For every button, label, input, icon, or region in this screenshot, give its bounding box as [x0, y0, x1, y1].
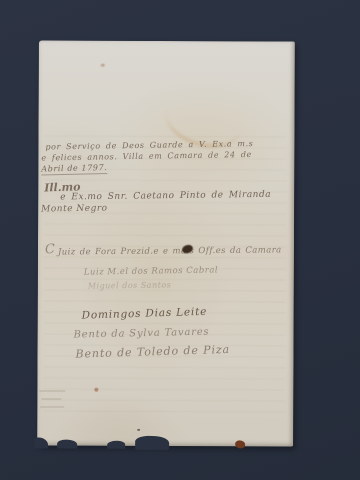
photo-backdrop: por Serviço de Deos Guarde a V. Ex.a m.s…	[0, 0, 360, 480]
address-line-1: e Ex.mo Snr. Caetano Pinto de Miranda	[60, 190, 271, 203]
closing-line-3-date: Abril de 1797.	[41, 163, 107, 175]
signature-cabral: Luiz M.el dos Ramos Cabral	[84, 265, 218, 277]
council-paraph-rubric: C	[44, 242, 55, 258]
pencil-mark	[41, 398, 61, 399]
pencil-mark	[39, 390, 65, 391]
signature-domingos-dias-leite: Domingos Dias Leite	[82, 306, 208, 322]
verso-showthrough-lines	[43, 135, 286, 418]
edge-damage-chip-corner	[34, 437, 48, 448]
council-line: Juiz de Fora Prezid.e e mais Off.es da C…	[58, 245, 282, 257]
closing-line-2: e felices annos. Villa em Camara de 24 d…	[41, 150, 252, 162]
ink-speck	[137, 429, 140, 431]
red-wax-spot	[94, 388, 98, 392]
signature-faint: Miguel dos Santos	[88, 281, 172, 291]
edge-damage-chip	[107, 441, 125, 449]
edge-damage-chip	[135, 436, 169, 450]
address-line-2: Monte Negro	[41, 204, 108, 215]
signature-bento-da-sylva-tavares: Bento da Sylva Tavares	[73, 327, 209, 341]
small-fox-spot	[101, 64, 105, 67]
edge-damage-chip	[57, 440, 77, 449]
signature-bento-de-toledo-de-piza: Bento de Toledo de Piza	[75, 343, 230, 361]
pencil-mark	[40, 406, 64, 407]
edge-burn-spot	[235, 440, 245, 448]
manuscript-paper: por Serviço de Deos Guarde a V. Ex.a m.s…	[37, 40, 295, 446]
